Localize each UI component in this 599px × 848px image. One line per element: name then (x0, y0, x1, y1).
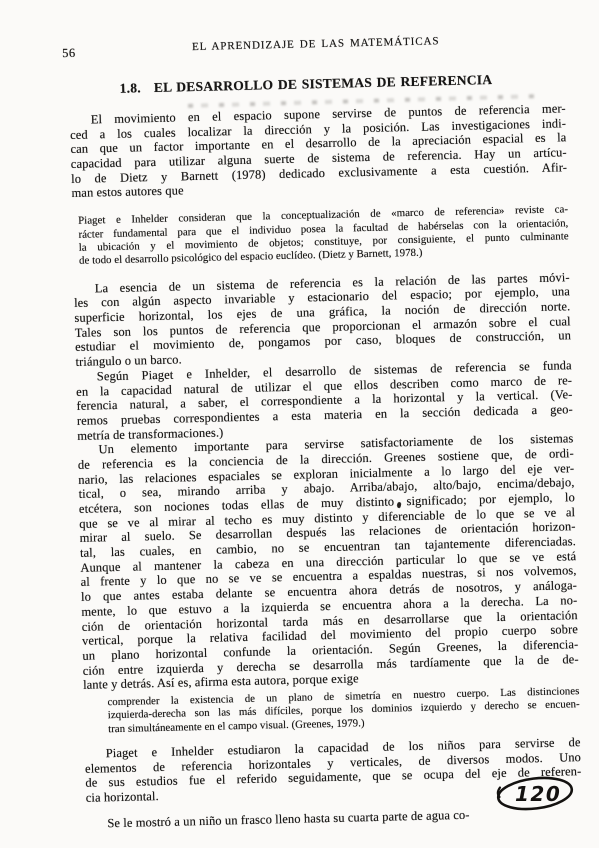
body-paragraph: Un elemento importante para servirse sat… (77, 431, 579, 692)
page-header: 56 EL APRENDIZAJE DE LAS MATEMÁTICAS (68, 32, 564, 58)
body-paragraph: El movimiento en el espacio supone servi… (70, 101, 568, 201)
annotation-circle: 120 (491, 772, 581, 818)
handwritten-page-annotation: 120 (491, 772, 581, 818)
body-paragraph: La esencia de un sistema de referencia e… (74, 270, 572, 370)
page-content: 56 EL APRENDIZAJE DE LAS MATEMÁTICAS 1.8… (68, 32, 582, 831)
section-number: 1.8. (120, 80, 142, 95)
quote-paragraph: comprender la existencia de un plano de … (107, 685, 580, 736)
section-heading: 1.8.EL DESARROLLO DE SISTEMAS DE REFEREN… (69, 70, 565, 98)
section-title: EL DESARROLLO DE SISTEMAS DE REFERENCIA (154, 72, 493, 95)
scanned-page: 56 EL APRENDIZAJE DE LAS MATEMÁTICAS 1.8… (0, 0, 599, 848)
annotation-number: 120 (515, 782, 561, 806)
quote-paragraph: Piaget e Inhelder consideran que la conc… (78, 203, 569, 268)
body-paragraph: Según Piaget e Inhelder, el desarrollo d… (76, 358, 574, 443)
text-flow: El movimiento en el espacio supone servi… (70, 101, 583, 831)
page-number: 56 (62, 46, 76, 61)
running-title: EL APRENDIZAJE DE LAS MATEMÁTICAS (192, 35, 440, 53)
